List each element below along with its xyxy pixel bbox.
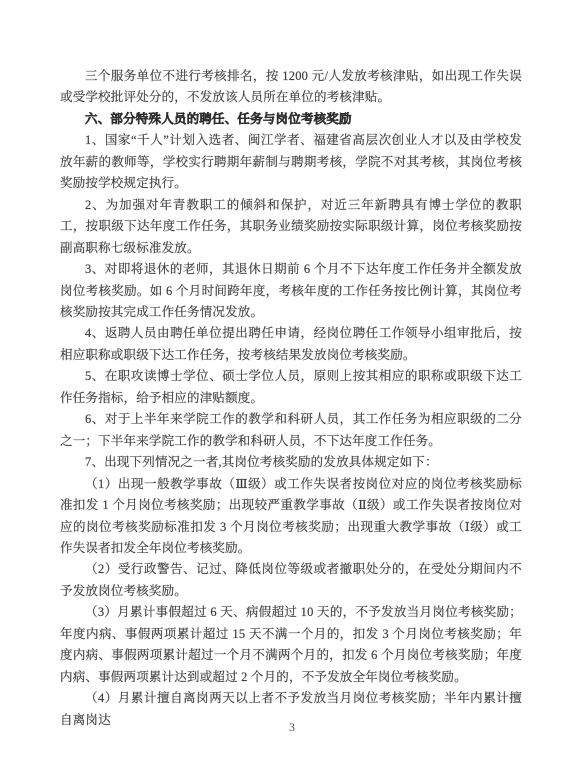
subitem-3: （3）月累计事假超过 6 天、病假超过 10 天的，不予发放当月岗位考核奖励；年…: [60, 602, 522, 688]
para-service-units: 三个服务单位不进行考核排名，按 1200 元/人发放考核津贴，如出现工作失误或受…: [60, 66, 522, 109]
item-4: 4、返聘人员由聘任单位提出聘任申请，经岗位聘任工作领导小组审批后，按相应职称或职…: [60, 323, 522, 366]
item-2: 2、为加强对年青教职工的倾斜和保护，对近三年新聘具有博士学位的教职工，按职级下达…: [60, 195, 522, 259]
section-heading-6: 六、部分特殊人员的聘任、任务与岗位考核奖励: [60, 109, 522, 130]
subitem-2: （2）受行政警告、记过、降低岗位等级或者撤职处分的，在受处分期间内不予发放岗位考…: [60, 559, 522, 602]
item-7: 7、出现下列情况之一者,其岗位考核奖励的发放具体规定如下：: [60, 452, 522, 473]
item-5: 5、在职攻读博士学位、硕士学位人员，原则上按其相应的职称或职级下达工作任务指标，…: [60, 366, 522, 409]
item-3: 3、对即将退休的老师，其退休日期前 6 个月不下达年度工作任务并全额发放岗位考核…: [60, 259, 522, 323]
page-number: 3: [0, 720, 584, 735]
item-6: 6、对于上半年来学院工作的教学和科研人员，其工作任务为相应职级的二分之一；下半年…: [60, 409, 522, 452]
document-page: 三个服务单位不进行考核排名，按 1200 元/人发放考核津贴，如出现工作失误或受…: [0, 0, 584, 783]
subitem-1: （1）出现一般教学事故（Ⅲ级）或工作失误者按岗位对应的岗位考核奖励标准扣发 1 …: [60, 474, 522, 560]
document-body: 三个服务单位不进行考核排名，按 1200 元/人发放考核津贴，如出现工作失误或受…: [60, 66, 522, 731]
item-1: 1、国家“千人”计划入选者、闽江学者、福建省高层次创业人才以及由学校发放年薪的教…: [60, 130, 522, 194]
